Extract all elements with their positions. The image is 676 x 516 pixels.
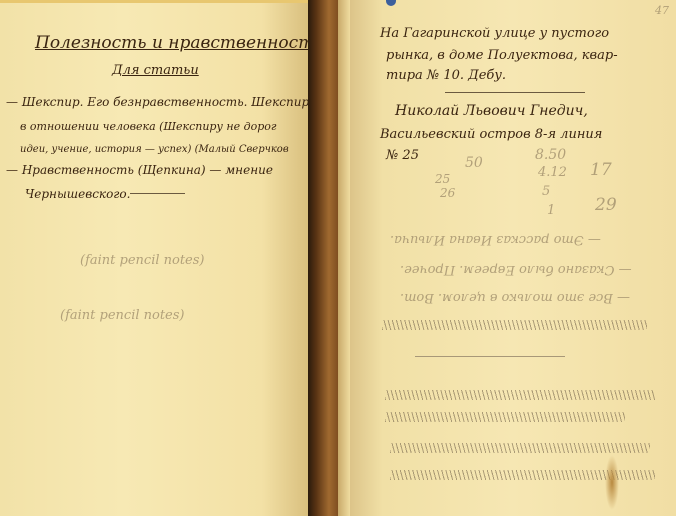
left-page: Полезность и нравственность Для статьи —… bbox=[0, 0, 308, 516]
pencil-number: 50 bbox=[465, 155, 483, 171]
pencil-number: 5 bbox=[542, 184, 550, 199]
separator-line bbox=[445, 92, 585, 93]
upside-down-line: — Все это только в целом. Вот. bbox=[400, 290, 630, 305]
pencil-number: 8.50 bbox=[535, 147, 566, 163]
underline-stroke bbox=[130, 193, 185, 194]
pencil-number: 29 bbox=[595, 195, 617, 215]
crossed-out-line bbox=[385, 412, 625, 422]
address-line: тира № 10. Дебу. bbox=[386, 68, 506, 83]
address-line: На Гагаринской улице у пустого bbox=[380, 26, 609, 41]
pencil-number: 17 bbox=[590, 160, 612, 180]
page-edge bbox=[338, 0, 350, 516]
address-line: рынка, в доме Полуектова, квар- bbox=[386, 48, 618, 63]
pencil-number: 26 bbox=[440, 186, 455, 200]
pencil-number: 4.12 bbox=[538, 165, 567, 180]
open-notebook: Полезность и нравственность Для статьи —… bbox=[0, 0, 676, 516]
crossed-out-line bbox=[385, 390, 655, 400]
left-page-title: Полезность и нравственность bbox=[35, 33, 324, 53]
text-line: — Шекспир. Его безнравственность. Шекспи… bbox=[6, 95, 309, 109]
address-line: Васильевский остров 8-я линия bbox=[380, 127, 602, 142]
separator-line bbox=[415, 356, 565, 357]
upside-down-line: — Сказано было Евреем. Прочее. bbox=[400, 262, 632, 277]
faint-pencil-line: (faint pencil notes) bbox=[60, 308, 185, 323]
left-page-subtitle: Для статьи bbox=[112, 63, 199, 78]
pencil-number: 1 bbox=[547, 203, 555, 218]
address-line: № 25 bbox=[386, 148, 419, 163]
page-number: 47 bbox=[655, 4, 669, 17]
pencil-number: 25 bbox=[435, 172, 450, 186]
text-line: Чернышевского. bbox=[25, 187, 130, 201]
water-stain bbox=[605, 455, 619, 510]
crossed-out-line bbox=[390, 443, 650, 453]
text-line: идеи, учение, история — успех) (Малый Св… bbox=[20, 144, 289, 155]
crossed-out-line bbox=[382, 320, 647, 330]
right-page: 47 На Гагаринской улице у пустого рынка,… bbox=[350, 0, 676, 516]
text-line: в отношении человека (Шекспиру не дорог bbox=[20, 120, 276, 133]
upside-down-line: — Это рассказ Ивана Ильича. bbox=[390, 232, 601, 247]
faint-pencil-line: (faint pencil notes) bbox=[80, 253, 205, 268]
text-line: — Нравственность (Щепкина) — мнение bbox=[6, 163, 273, 177]
address-line: Николай Львович Гнедич, bbox=[395, 103, 588, 119]
